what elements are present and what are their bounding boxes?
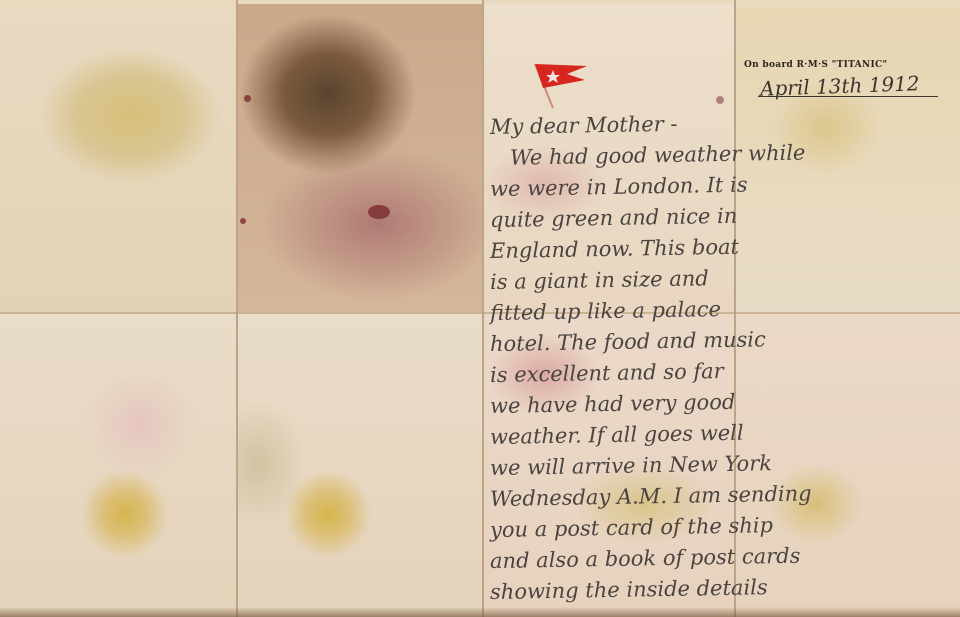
worn-bottom-edge [0,607,960,617]
water-stain-spot [716,96,724,104]
water-stain-spot [244,95,251,102]
letter-sheet: On board R·M·S "TITANIC" April 13th 1912… [0,0,960,617]
fold-panel-top-center-left [238,4,482,312]
water-stain-spot [368,205,390,219]
vertical-fold-crease [482,0,484,617]
fold-panel-top-left [0,6,236,312]
vertical-fold-crease [236,0,238,617]
date-underline [758,96,938,97]
fold-panel-bottom-center-left [238,314,482,617]
letterhead-text: On board R·M·S "TITANIC" [744,60,887,70]
white-star-flag-icon [515,50,595,110]
water-stain-spot [240,218,246,224]
fold-panel-bottom-left [0,314,236,617]
letter-body: My dear Mother - We had good weather whi… [490,108,955,604]
